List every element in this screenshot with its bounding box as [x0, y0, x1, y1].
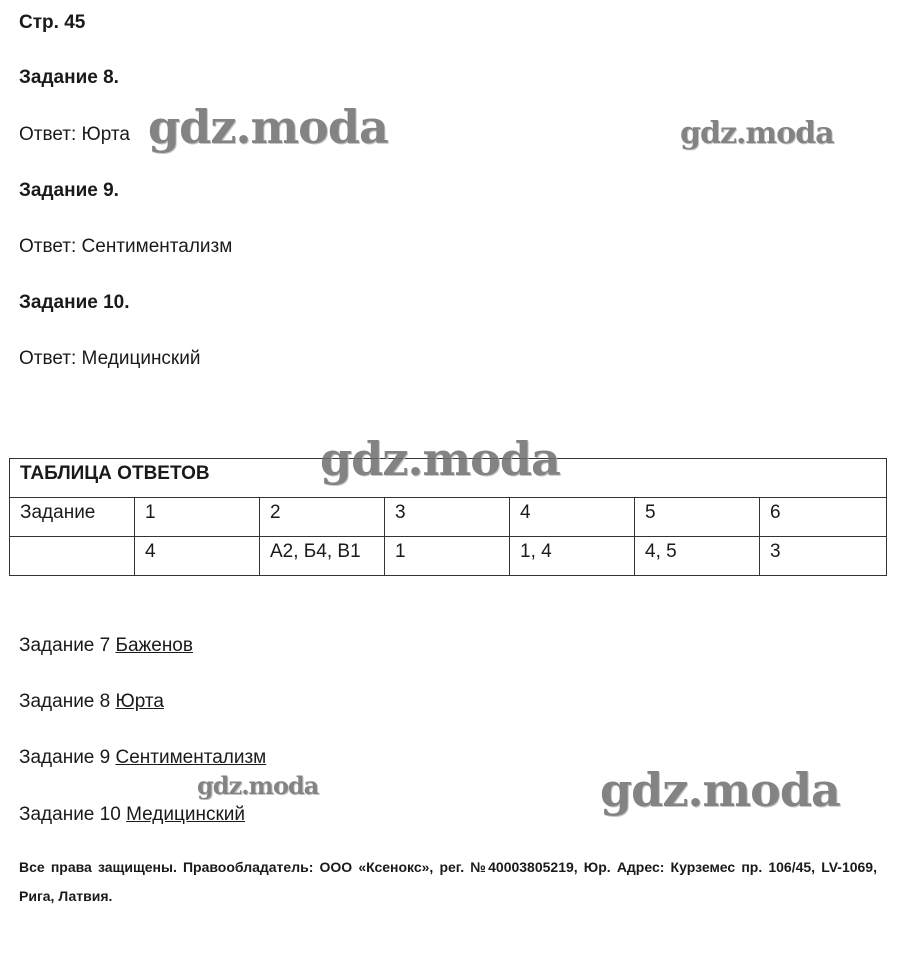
answer-link[interactable]: Медицинский	[126, 804, 245, 825]
header-cell: 3	[385, 498, 510, 537]
answer-cell: 4, 5	[635, 537, 760, 576]
answer-cell: А2, Б4, В1	[260, 537, 385, 576]
empty-cell	[10, 537, 135, 576]
extra-label: Задание 9	[19, 747, 110, 768]
extra-answer-7: Задание 7 Баженов	[19, 635, 193, 657]
extra-answer-10: Задание 10 Медицинский	[19, 804, 245, 826]
header-cell: 1	[135, 498, 260, 537]
answer-link[interactable]: Баженов	[116, 635, 193, 656]
task-10-answer: Ответ: Медицинский	[19, 348, 200, 370]
extra-label: Задание 8	[19, 691, 110, 712]
watermark: gdz.moda	[320, 432, 560, 486]
task-10-title: Задание 10.	[19, 292, 130, 314]
watermark: gdz.moda	[148, 100, 388, 154]
header-cell: 2	[260, 498, 385, 537]
answer-cell: 4	[135, 537, 260, 576]
answer-cell: 1	[385, 537, 510, 576]
task-8-answer: Ответ: Юрта	[19, 124, 130, 146]
watermark: gdz.moda	[680, 116, 834, 151]
page-label: Стр. 45	[19, 12, 85, 34]
header-cell: 6	[760, 498, 887, 537]
answer-link[interactable]: Юрта	[116, 691, 164, 712]
header-cell: 5	[635, 498, 760, 537]
copyright-footer: Все права защищены. Правообладатель: ООО…	[19, 853, 877, 911]
watermark: gdz.moda	[197, 771, 318, 800]
answer-link[interactable]: Сентиментализм	[116, 747, 267, 768]
extra-answer-8: Задание 8 Юрта	[19, 691, 164, 713]
extra-label: Задание 7	[19, 635, 110, 656]
header-cell: 4	[510, 498, 635, 537]
extra-answer-9: Задание 9 Сентиментализм	[19, 747, 266, 769]
extra-label: Задание 10	[19, 804, 121, 825]
table-row: 4 А2, Б4, В1 1 1, 4 4, 5 3	[10, 537, 887, 576]
watermark: gdz.moda	[600, 763, 840, 817]
row-label: Задание	[10, 498, 135, 537]
answer-cell: 3	[760, 537, 887, 576]
task-8-title: Задание 8.	[19, 67, 119, 89]
task-9-answer: Ответ: Сентиментализм	[19, 236, 232, 258]
table-row: Задание 1 2 3 4 5 6	[10, 498, 887, 537]
task-9-title: Задание 9.	[19, 180, 119, 202]
answer-cell: 1, 4	[510, 537, 635, 576]
